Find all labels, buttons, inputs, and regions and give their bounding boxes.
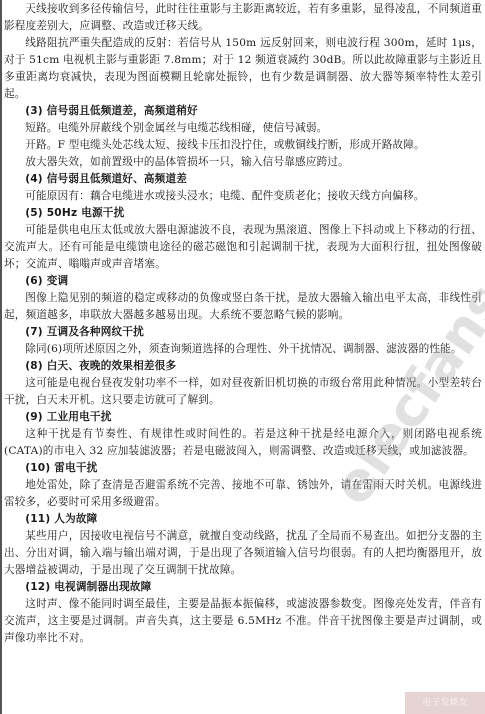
paragraph: 天线接收到多径传输信号，此时往往重影与主影距离较近，若有多重影，显得凌乱，不同频… (4, 1, 482, 35)
paragraph: 这种干扰是有节奏性、有规律性或时间性的。若是这种干扰是经电源介入，则闭路电视系统… (4, 426, 482, 460)
document-page: 天线接收到多径传输信号，此时往往重影与主影距离较近，若有多重影，显得凌乱，不同频… (4, 1, 482, 647)
section-heading: (9) 工业用电干扰 (4, 409, 482, 426)
paragraph: 图像上隐见别的频道的稳定或移动的负像或竖白条干扰，是放大器输入输出电平太高，非线… (4, 290, 482, 324)
paragraph: 开路。F 型电缆头处芯线太短、接线卡压扣没拧住，或敷铜线拧断，形成开路故障。 (4, 137, 482, 154)
paragraph: 可能是供电电压太低或放大器电源滤波不良，表现为黑滚道、图像上下抖动或上下移动的行… (4, 222, 482, 273)
section-heading: (11) 人为故障 (4, 511, 482, 528)
section-heading: (5) 50Hz 电源干扰 (4, 205, 482, 222)
paragraph: 线路阻抗严重失配造成的反射：若信号从 150m 远反射回来，则电波行程 300m… (4, 35, 482, 103)
paragraph: 地处雷处，除了查清是否避雷系统不完善、接地不可靠、锈蚀外，请在雷雨天时关机。电源… (4, 477, 482, 511)
section-heading: (3) 信号弱且低频道差，高频道稍好 (4, 103, 482, 120)
paragraph: 某些用户，因接收电视信号不满意，就擅自变动线路，扰乱了全局而不易查出。如把分支器… (4, 528, 482, 579)
paragraph: 可能原因有：藕合电缆进水或接头浸水；电缆、配件变质老化；接收天线方向偏移。 (4, 188, 482, 205)
paragraph: 放大器失效，如前置级中的晶体管损坏一只，输入信号靠感应跨过。 (4, 154, 482, 171)
corner-watermark: 电子发烧友 (405, 692, 485, 714)
paragraph: 短路。电缆外屏蔽线个别金属丝与电缆芯线相碰，使信号减弱。 (4, 120, 482, 137)
page-left-border (0, 0, 2, 714)
paragraph: 这时声、像不能同时调至最佳，主要是晶振本振偏移，或滤波器参数变。图像亮处发青，伴… (4, 596, 482, 647)
section-heading: (6) 变调 (4, 273, 482, 290)
section-heading: (7) 互调及各种网纹干扰 (4, 324, 482, 341)
paragraph: 除同(6)项所述原因之外，须查询频道选择的合理性、外干扰情况、调制器、滤波器的性… (4, 341, 482, 358)
section-heading: (10) 雷电干扰 (4, 460, 482, 477)
section-heading: (12) 电视调制器出现故障 (4, 579, 482, 596)
section-heading: (4) 信号弱且低频道好、高频道差 (4, 171, 482, 188)
section-heading: (8) 白天、夜晚的效果相差很多 (4, 358, 482, 375)
paragraph: 这可能是电视台昼夜发射功率不一样，如对昼夜新旧机切换的市级台常用此种情况。小型差… (4, 375, 482, 409)
